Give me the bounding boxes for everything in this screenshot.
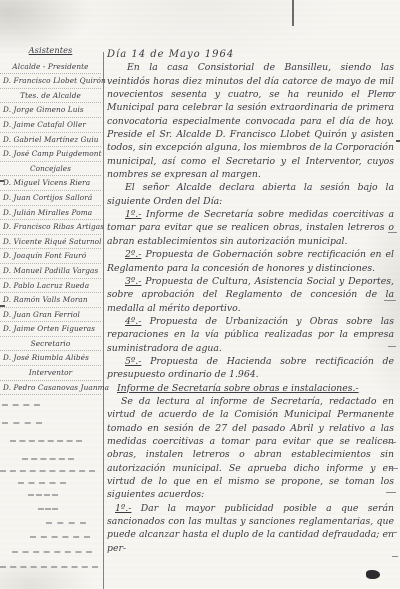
edge-mark-artifact: [0, 180, 4, 182]
scanned-document-page: { "document": { "type": "handwritten-min…: [0, 0, 400, 589]
margin-filler-line: [2, 422, 42, 425]
edge-mark-artifact: [0, 305, 5, 307]
attendees-title: Asistentes: [0, 44, 101, 58]
agenda-item: 2º.- Propuesta de Gobernación sobre rect…: [107, 248, 394, 275]
margin-filler-line: [12, 551, 92, 554]
attendee-role: Ttes. de Alcalde: [0, 89, 101, 104]
margin-filler-line: [30, 536, 90, 539]
agenda-item-text: Propuesta de Urbanización y Obras sobre …: [107, 316, 394, 354]
agenda-list: 1º.- Informe de Secretaría sobre medidas…: [107, 208, 394, 381]
attendee-name: D. Ramón Valls Moran: [0, 293, 101, 308]
attendee-name: D. José Riumbla Alibés: [0, 351, 101, 366]
edge-mark-artifact: [396, 140, 400, 142]
agreement-number: 1º.-: [115, 503, 131, 514]
agenda-item: 3º.- Propuesta de Cultura, Asistencia So…: [107, 275, 394, 315]
ink-blot-artifact: [366, 570, 380, 579]
attendee-name: D. Jaime Orten Figueras: [0, 322, 101, 337]
attendee-name: D. Miguel Vicens Riera: [0, 176, 101, 191]
attendee-name: D. Francisco Llobet Quirón: [0, 74, 101, 89]
agreement-text: Dar la mayor publicidad posible a que se…: [107, 503, 394, 554]
attendee-name: D. Pedro Casanovas Juanma: [0, 381, 101, 396]
attendee-name: D. José Camp Puigdemont: [0, 147, 101, 162]
edge-dash: [388, 532, 397, 533]
attendee-name: D. Juan Cortijos Sallorá: [0, 191, 101, 206]
date-line: Día 14 de Mayo 1964: [107, 48, 394, 61]
agreement-item: 1º.- Dar la mayor publicidad posible a q…: [107, 502, 394, 555]
attendee-role: Interventor: [0, 366, 101, 381]
attendee-name: D. Manuel Padilla Vargas: [0, 264, 101, 279]
agenda-item: 4º.- Propuesta de Urbanización y Obras s…: [107, 315, 394, 355]
attendee-role: Alcalde - Presidente: [0, 60, 101, 75]
agenda-item-number: 5º.-: [125, 356, 141, 367]
attendee-name: D. Gabriel Martínez Guiu: [0, 133, 101, 148]
attendee-name: D. Jaime Catafal Oller: [0, 118, 101, 133]
margin-filler-line: [46, 522, 86, 525]
agenda-item-text: Propuesta de Cultura, Asistencia Social …: [107, 276, 394, 314]
agenda-item: 1º.- Informe de Secretaría sobre medidas…: [107, 208, 394, 248]
edge-dash: [386, 92, 396, 93]
edge-dash: [384, 300, 396, 301]
attendee-name: D. Julián Miralles Poma: [0, 206, 101, 221]
margin-filler-line: [0, 566, 98, 569]
attendee-name: D. Joaquín Font Fauró: [0, 249, 101, 264]
edge-dash: [388, 346, 396, 347]
agenda-item-text: Propuesta de Hacienda sobre rectificació…: [107, 356, 394, 380]
margin-filler-line: [38, 508, 58, 511]
attendee-name: D. Vicente Riqué Saturnol: [0, 235, 101, 250]
attendee-name: D. Juan Gran Ferriol: [0, 308, 101, 323]
edge-dash: [386, 492, 396, 493]
edge-dash: [390, 468, 398, 469]
agenda-item-number: 3º.-: [125, 276, 141, 287]
agenda-item-text: Propuesta de Gobernación sobre rectifica…: [107, 249, 394, 273]
agenda-item-number: 4º.-: [125, 316, 141, 327]
report-paragraph: Se da lectura al informe de Secretaría, …: [107, 395, 394, 502]
edge-dash: [388, 232, 397, 233]
agenda-item-number: 2º.-: [125, 249, 141, 260]
attendee-name: D. Jorge Gimeno Luis: [0, 103, 101, 118]
attendee-role: Secretario: [0, 337, 101, 352]
margin-filler-line: [10, 440, 82, 443]
margin-filler-line: [2, 404, 40, 407]
edge-dash: [392, 556, 398, 557]
agenda-item: 5º.- Propuesta de Hacienda sobre rectifi…: [107, 355, 394, 382]
opening-paragraph: En la casa Consistorial de Bansilleu, si…: [107, 61, 394, 181]
margin-filler-line: [0, 470, 95, 473]
minutes-body: Día 14 de Mayo 1964 En la casa Consistor…: [107, 48, 394, 555]
attendee-name: D. Francisco Ribas Artigas: [0, 220, 101, 235]
report-heading: Informe de Secretaría sobre obras e inst…: [107, 382, 394, 395]
agenda-item-text: Informe de Secretaría sobre medidas coer…: [107, 209, 394, 247]
margin-filler-line: [18, 482, 66, 485]
margin-filler-line: [28, 494, 58, 497]
attendee-role: Concejales: [0, 162, 101, 177]
attendees-list: Alcalde - PresidenteD. Francisco Llobet …: [0, 60, 101, 396]
session-open-paragraph: El señor Alcalde declara abierta la sesi…: [107, 181, 394, 208]
edge-dash: [386, 442, 396, 443]
margin-separator-line: [103, 52, 104, 589]
agenda-item-number: 1º.-: [125, 209, 141, 220]
margin-filler-line: [22, 458, 74, 461]
top-center-stroke-artifact: [292, 0, 294, 26]
attendee-name: D. Pablo Lacruz Rueda: [0, 279, 101, 294]
